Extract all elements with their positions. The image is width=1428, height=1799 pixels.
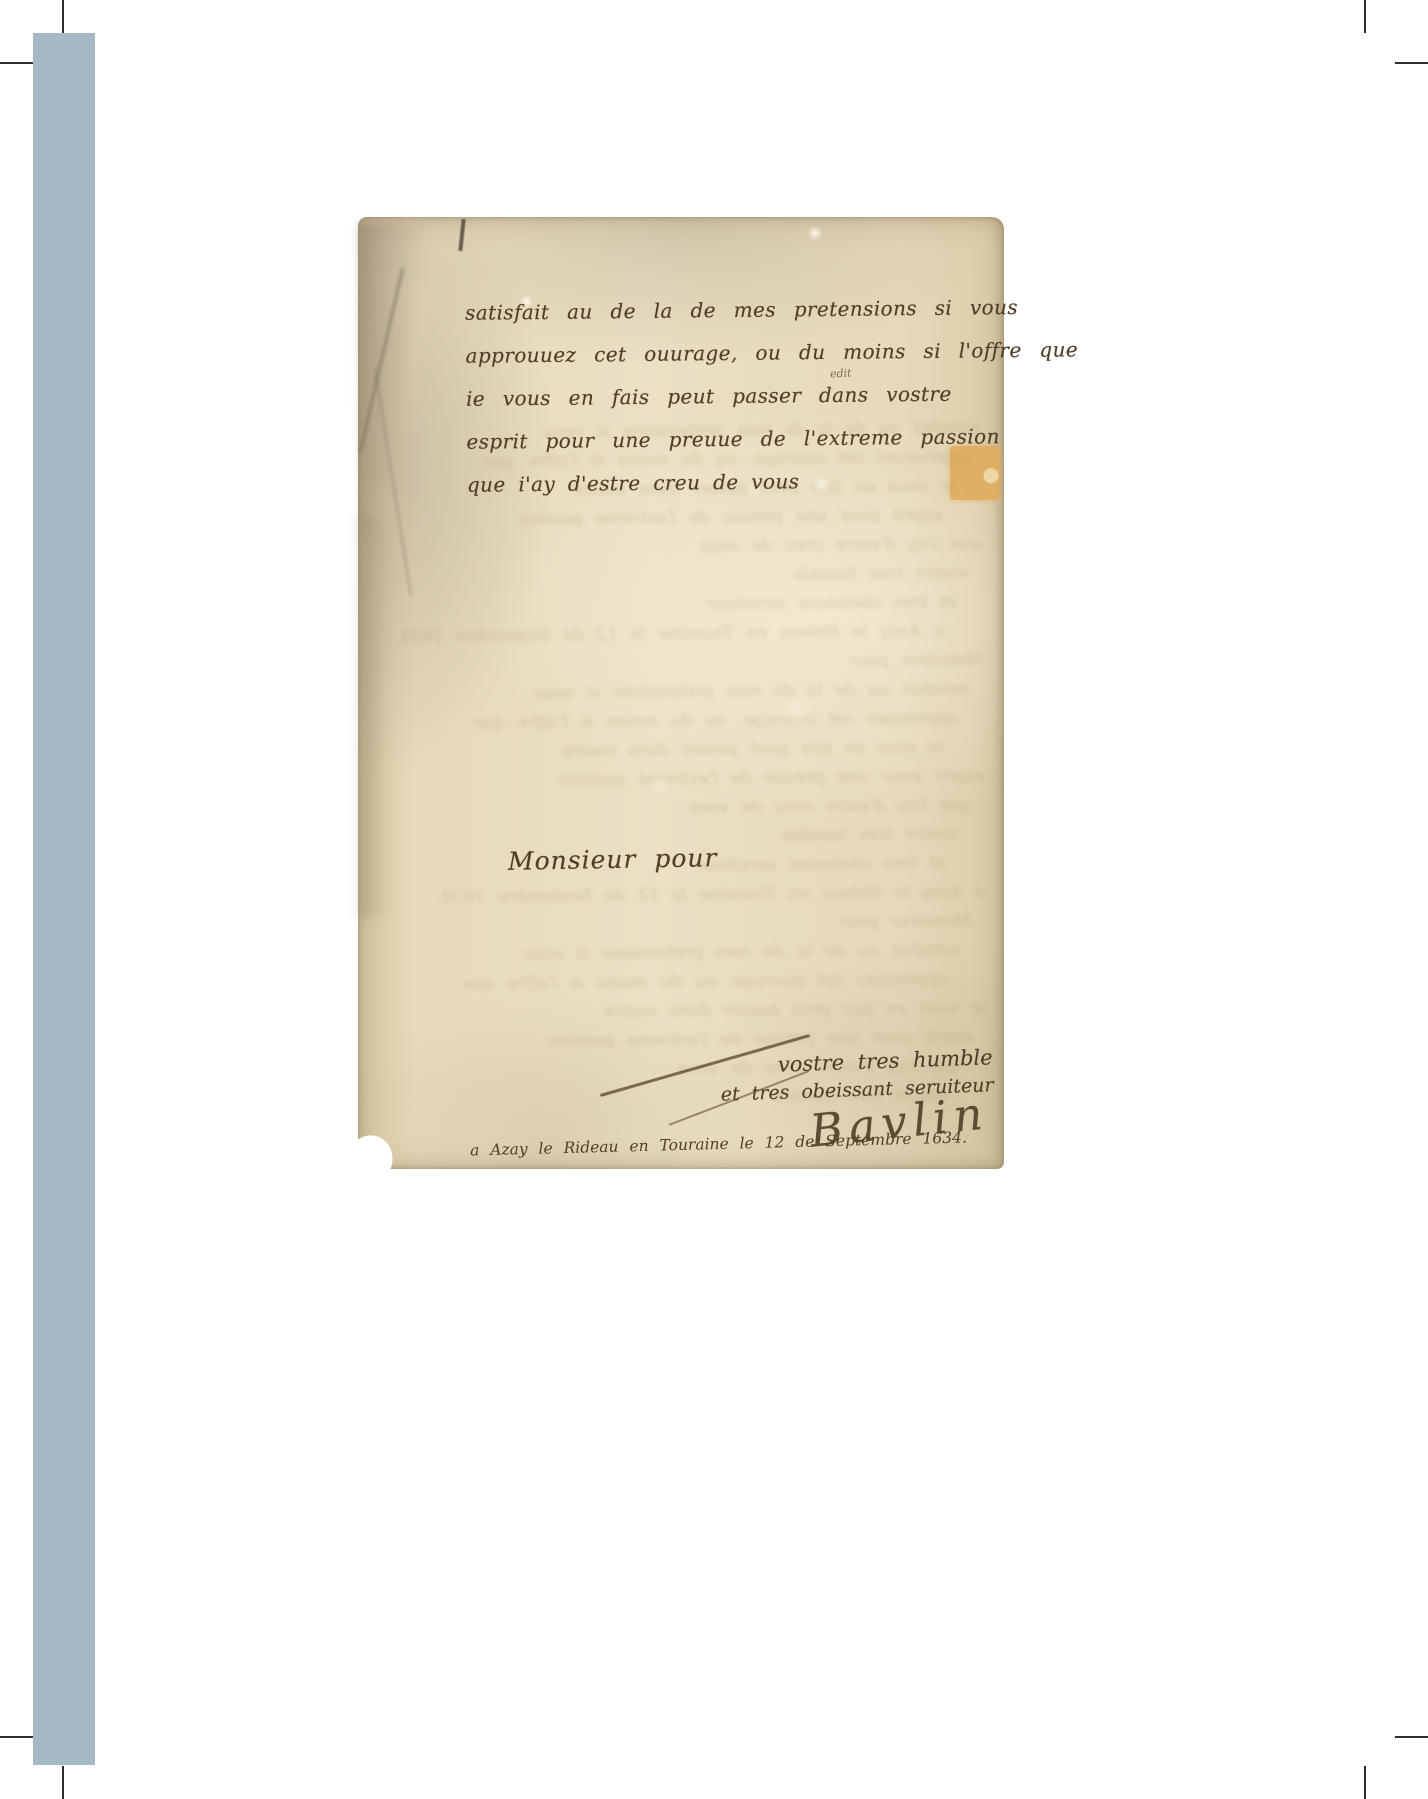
- letter-line: que i'ay d'estre creu de vous: [467, 458, 999, 507]
- paper-pale-spot: [807, 225, 823, 241]
- letter-line: ie vous en fais peut passer dans vostre: [466, 372, 998, 421]
- crop-mark-top-left-horizontal: [0, 62, 33, 64]
- letter-line: satisfait au de la de mes pretensions si…: [465, 286, 997, 335]
- torn-corner-notch: [338, 1128, 400, 1193]
- paper-ink-tick: [458, 219, 465, 251]
- letter-line: esprit pour une preuue de l'extreme pass…: [466, 415, 998, 464]
- manuscript-paper: satisfait au de la de mes pretensions si…: [358, 217, 1004, 1169]
- page-canvas: satisfait au de la de mes pretensions si…: [0, 0, 1428, 1799]
- letter-body: satisfait au de la de mes pretensions si…: [465, 286, 999, 507]
- crop-mark-bottom-right-vertical: [1364, 1766, 1366, 1799]
- interline-note: edit: [830, 366, 852, 380]
- crop-mark-top-right-vertical: [1364, 0, 1366, 33]
- crop-mark-bottom-left-horizontal: [0, 1736, 33, 1738]
- letter-line: approuuez cet ouurage, ou du moins si l'…: [465, 329, 997, 378]
- crop-mark-top-left-vertical: [62, 0, 64, 33]
- salutation: Monsieur pour: [508, 843, 718, 876]
- left-accent-bar: [33, 33, 95, 1765]
- crop-mark-top-right-horizontal: [1395, 62, 1428, 64]
- bleedthrough-layer: satisfait au de la de mes pretensions si…: [368, 414, 987, 1120]
- crop-mark-bottom-right-horizontal: [1395, 1736, 1428, 1738]
- dateline: a Azay le Rideau en Touraine le 12 de Se…: [470, 1128, 967, 1159]
- crop-mark-bottom-left-vertical: [62, 1766, 64, 1799]
